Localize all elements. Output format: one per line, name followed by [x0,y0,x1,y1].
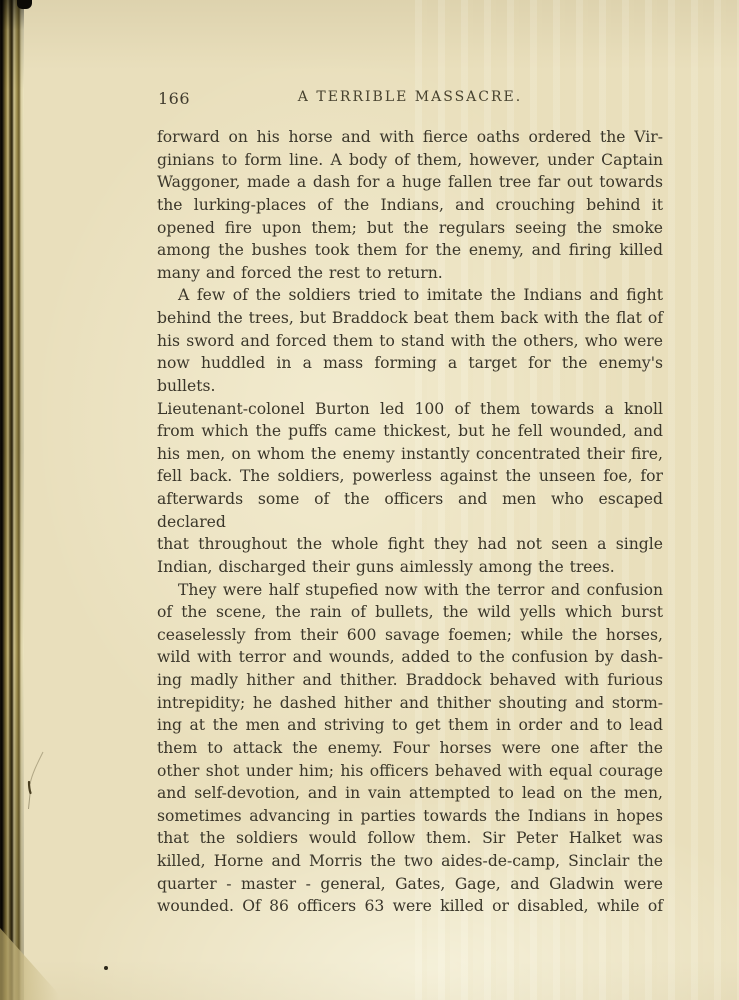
text-line: ing at the men and striving to get them … [157,714,663,737]
page-text: forward on his horse and with fierce oat… [157,126,663,918]
text-line: the lurking-places of the Indians, and c… [157,194,663,217]
text-line: behind the trees, but Braddock beat them… [157,307,663,330]
running-header: A TERRIBLE MASSACRE. [157,89,663,105]
text-line: They were half stupefied now with the te… [157,579,663,602]
text-line: them to attack the enemy. Four horses we… [157,737,663,760]
text-line: Waggoner, made a dash for a huge fallen … [157,171,663,194]
text-line: sometimes advancing in parties towards t… [157,805,663,828]
text-line: and self-devotion, and in vain attempted… [157,782,663,805]
text-line: his men, on whom the enemy instantly con… [157,443,663,466]
text-line: opened fire upon them; but the regulars … [157,217,663,240]
text-line: fell back. The soldiers, powerless again… [157,465,663,488]
text-line: among the bushes took them for the enemy… [157,239,663,262]
book-page-scan: 166 A TERRIBLE MASSACRE. forward on his … [0,0,739,1000]
text-line: that the soldiers would follow them. Sir… [157,827,663,850]
text-line: from which the puffs came thickest, but … [157,420,663,443]
text-line: his sword and forced them to stand with … [157,330,663,353]
text-line: A few of the soldiers tried to imitate t… [157,284,663,307]
text-line: wounded. Of 86 officers 63 were killed o… [157,895,663,918]
text-line: intrepidity; he dashed hither and thithe… [157,692,663,715]
text-line: that throughout the whole fight they had… [157,533,663,556]
text-line: afterwards some of the officers and men … [157,488,663,533]
text-line: ing madly hither and thither. Braddock b… [157,669,663,692]
text-line: ginians to form line. A body of them, ho… [157,149,663,172]
text-line: ceaselessly from their 600 savage foemen… [157,624,663,647]
ink-dot [104,966,108,970]
pen-mark [22,746,48,814]
text-line: of the scene, the rain of bullets, the w… [157,601,663,624]
text-line: other shot under him; his officers behav… [157,760,663,783]
page-header: 166 A TERRIBLE MASSACRE. [157,89,663,109]
text-line: forward on his horse and with fierce oat… [157,126,663,149]
text-line: wild with terror and wounds, added to th… [157,646,663,669]
book-binding-edge [0,0,24,1000]
text-line: now huddled in a mass forming a target f… [157,352,663,397]
text-line: quarter - master - general, Gates, Gage,… [157,873,663,896]
text-line: many and forced the rest to return. [157,262,663,285]
page-number: 166 [158,89,190,108]
text-line: killed, Horne and Morris the two aides-d… [157,850,663,873]
text-line: Indian, discharged their guns aimlessly … [157,556,663,579]
text-line: Lieutenant-colonel Burton led 100 of the… [157,398,663,421]
scan-artifact-top-left [17,0,32,9]
